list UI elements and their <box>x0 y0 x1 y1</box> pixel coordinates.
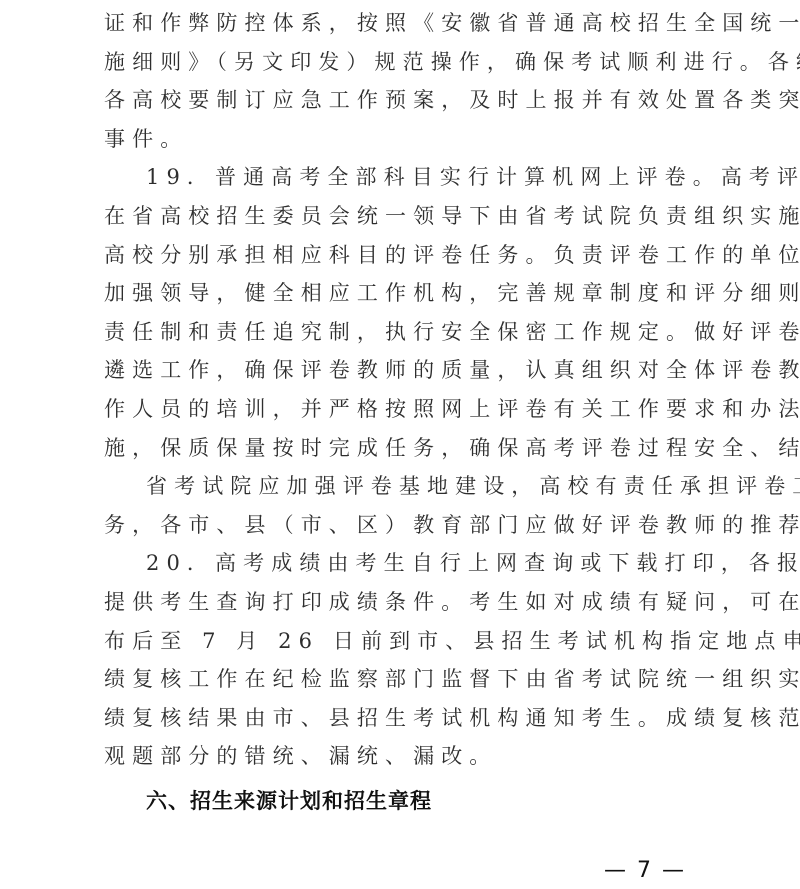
text-line: 19．普通高考全部科目实行计算机网上评卷。高考评卷工作 <box>104 158 700 197</box>
page-number: — 7 — <box>604 858 686 883</box>
text-line: 遴选工作，确保评卷教师的质量，认真组织对全体评卷教师和工 <box>104 351 700 390</box>
paragraph-item-20: 20．高考成绩由考生自行上网查询或下载打印，各报名点应 提供考生查询打印成绩条件… <box>104 544 700 776</box>
paragraph-item-19: 19．普通高考全部科目实行计算机网上评卷。高考评卷工作 在省高校招生委员会统一领… <box>104 158 700 467</box>
text-line: 加强领导，健全相应工作机构，完善规章制度和评分细则，落实 <box>104 274 700 313</box>
text-line: 提供考生查询打印成绩条件。考生如对成绩有疑问，可在成绩公 <box>104 583 700 622</box>
text-line: 20．高考成绩由考生自行上网查询或下载打印，各报名点应 <box>104 544 700 583</box>
text-line: 责任制和责任追究制，执行安全保密工作规定。做好评卷教师的 <box>104 313 700 352</box>
text-line: 事件。 <box>104 120 700 159</box>
text-line: 在省高校招生委员会统一领导下由省考试院负责组织实施，有关 <box>104 197 700 236</box>
text-line: 作人员的培训，并严格按照网上评卷有关工作要求和办法组织实 <box>104 390 700 429</box>
text-line: 省考试院应加强评卷基地建设，高校有责任承担评卷工作任 <box>104 467 700 506</box>
document-page: 证和作弊防控体系，按照《安徽省普通高校招生全国统一考试实 施细则》（另文印发）规… <box>104 4 700 820</box>
text-line: 高校分别承担相应科目的评卷任务。负责评卷工作的单位要切实 <box>104 236 700 275</box>
text-line: 务，各市、县（市、区）教育部门应做好评卷教师的推荐工作。 <box>104 506 700 545</box>
text-line: 各高校要制订应急工作预案，及时上报并有效处置各类突发偶发 <box>104 81 700 120</box>
text-line: 观题部分的错统、漏统、漏改。 <box>104 737 700 776</box>
text-line: 施细则》（另文印发）规范操作，确保考试顺利进行。各级招委、 <box>104 43 700 82</box>
paragraph-item-19-supplement: 省考试院应加强评卷基地建设，高校有责任承担评卷工作任 务，各市、县（市、区）教育… <box>104 467 700 544</box>
text-line: 证和作弊防控体系，按照《安徽省普通高校招生全国统一考试实 <box>104 4 700 43</box>
text-line: 绩复核结果由市、县招生考试机构通知考生。成绩复核范围为主 <box>104 699 700 738</box>
paragraph-continued: 证和作弊防控体系，按照《安徽省普通高校招生全国统一考试实 施细则》（另文印发）规… <box>104 4 700 158</box>
section-heading: 六、招生来源计划和招生章程 <box>104 782 700 821</box>
text-line: 布后至 7 月 26 日前到市、县招生考试机构指定地点申请登记。成 <box>104 622 700 661</box>
text-line: 施，保质保量按时完成任务，确保高考评卷过程安全、结果准确。 <box>104 429 700 468</box>
text-line: 绩复核工作在纪检监察部门监督下由省考试院统一组织实施，成 <box>104 660 700 699</box>
